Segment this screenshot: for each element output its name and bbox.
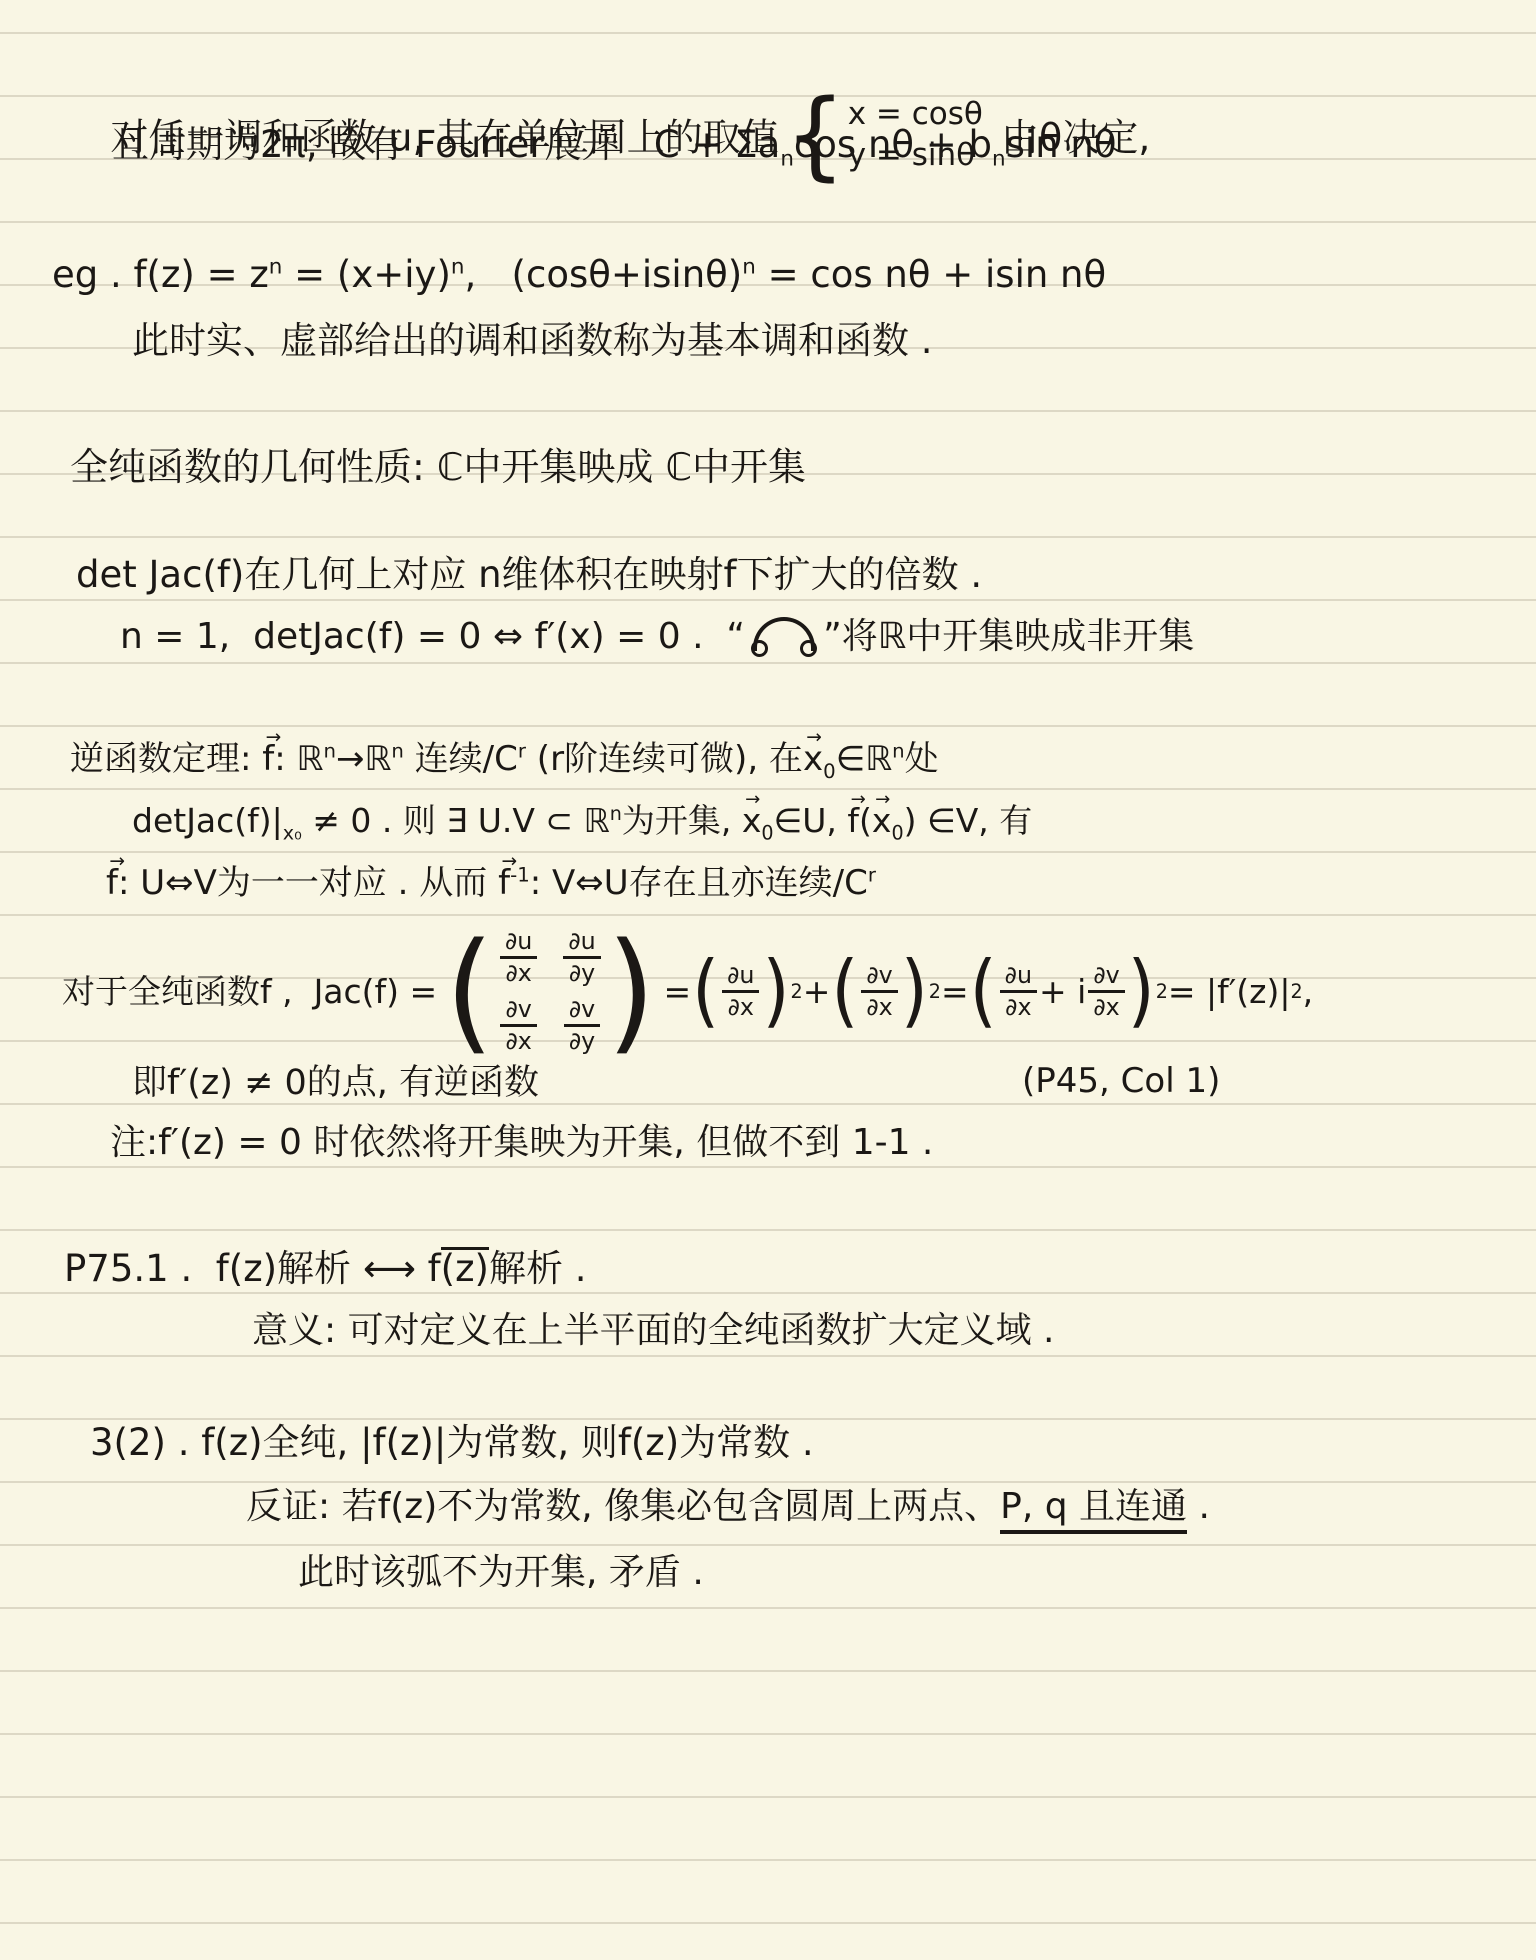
fraction: ∂v∂x — [1088, 962, 1124, 1022]
line-fourier-expansion: 且周期为2π, 故有 Fourier展开 C + Σancos nθ + bns… — [112, 122, 1117, 173]
subscript: 0 — [891, 822, 903, 845]
text-run: 对于全纯函数f , Jac(f) = — [62, 971, 437, 1012]
subscript: n — [780, 146, 794, 171]
text-run: (P45, Col 1) — [1022, 1061, 1220, 1101]
superscript: 2 — [1156, 980, 1168, 1004]
text-run: (r阶连续可微), 在 — [526, 739, 803, 779]
superscript: n — [391, 740, 404, 763]
underlined-text: P, q 且连通 — [1000, 1486, 1187, 1534]
text-run: : V⇔U存在且亦连续/C — [530, 863, 868, 903]
fraction: ∂u∂x — [1000, 962, 1037, 1022]
text-run: ) ∈V, 有 — [904, 801, 1033, 840]
text-run: 此时实、虚部给出的调和函数称为基本调和函数 . — [132, 319, 933, 362]
fraction: ∂v∂x — [500, 996, 536, 1056]
text-run: , — [1303, 971, 1314, 1012]
arch-curve-doodle — [753, 617, 815, 651]
text-run: 3(2) . f(z)全纯, |f(z)|为常数, 则f(z)为常数 . — [90, 1421, 814, 1464]
subscript: n — [992, 146, 1006, 171]
text-run: 处 — [905, 739, 939, 779]
text-run: eg . f(z) = z — [52, 253, 269, 296]
fraction: ∂v∂x — [861, 962, 897, 1022]
superscript: n — [269, 255, 283, 280]
vector-arrow-mark: → — [109, 850, 125, 873]
text-run: 注:f′(z) = 0 时依然将开集映为开集, 但做不到 1-1 . — [110, 1122, 933, 1163]
line-n-equals-1-counterexample: n = 1, detJac(f) = 0 ⇔ f′(x) = 0 . “”将ℝ中… — [120, 614, 1194, 659]
vector-symbol: f→ — [847, 800, 859, 841]
text-run: P75.1 . f(z)解析 ⟷ f — [64, 1247, 441, 1290]
matrix-left-paren: ( — [445, 936, 494, 1048]
superscript: n — [892, 740, 905, 763]
line-jacobian-computation: 对于全纯函数f , Jac(f) =(∂u∂x∂u∂y∂v∂x∂v∂y)=(∂u… — [62, 928, 1313, 1055]
superscript: r — [868, 864, 876, 887]
line-geometric-property-open-sets: 全纯函数的几何性质: ℂ中开集映成 ℂ中开集 — [70, 444, 806, 492]
text-run: det Jac(f)在几何上对应 n维体积在映射f下扩大的倍数 . — [76, 553, 982, 596]
vector-symbol: f→ — [498, 862, 510, 905]
vector-arrow-mark: → — [806, 726, 822, 749]
line-p75-1-analytic-conjugate: P75.1 . f(z)解析 ⟷ f(z)解析 . — [64, 1246, 586, 1292]
vector-arrow-mark: → — [266, 726, 282, 749]
line-inverse-function-theorem-2: detJac(f)|x₀ ≠ 0 . 则 ∃ U.V ⊂ ℝn为开集, x→0∈… — [132, 800, 1032, 846]
big-delimiter: ) — [762, 960, 789, 1024]
vector-symbol: x→ — [803, 738, 823, 781]
vector-arrow-mark: → — [851, 789, 866, 812]
text-run: 即f′(z) ≠ 0的点, 有逆函数 — [132, 1063, 539, 1103]
line-inverse-exists-where-fprime-nonzero: 即f′(z) ≠ 0的点, 有逆函数 — [132, 1062, 539, 1106]
big-delimiter: ( — [831, 960, 858, 1024]
text-run: = — [941, 971, 969, 1012]
matrix-grid: ∂u∂x∂u∂y∂v∂x∂v∂y — [498, 928, 603, 1055]
text-run: 且周期为2π, 故有 Fourier展开 C + Σa — [112, 123, 780, 166]
vector-arrow-mark: → — [875, 789, 890, 812]
overline-text: (z) — [441, 1247, 489, 1289]
big-delimiter: ) — [1128, 960, 1155, 1024]
text-run: n = 1, detJac(f) = 0 ⇔ f′(x) = 0 . “ — [120, 616, 745, 657]
jacobian-matrix: (∂u∂x∂u∂y∂v∂x∂v∂y) — [445, 928, 655, 1055]
big-delimiter: ( — [692, 960, 719, 1024]
text-run: : U⇔V为一一对应 . 从而 — [118, 863, 498, 903]
text-run: ∈U, — [774, 801, 848, 840]
text-run: 反证: 若f(z)不为常数, 像集必包含圆周上两点、 — [246, 1486, 1000, 1527]
text-run: sin nθ — [1006, 123, 1117, 166]
line-exercise-3-2-statement: 3(2) . f(z)全纯, |f(z)|为常数, 则f(z)为常数 . — [90, 1420, 814, 1466]
vector-symbol: x→ — [872, 800, 892, 841]
text-run: ”将ℝ中开集映成非开集 — [823, 616, 1194, 657]
superscript: n — [742, 255, 756, 280]
fraction: ∂u∂x — [500, 928, 537, 988]
line-exercise-3-2-proof-1: 反证: 若f(z)不为常数, 像集必包含圆周上两点、P, q 且连通 . — [246, 1484, 1210, 1529]
line-example-z-power-n: eg . f(z) = zn = (x+iy)n, (cosθ+isinθ)n … — [52, 252, 1106, 298]
superscript: 2 — [1290, 980, 1302, 1004]
vector-symbol: f→ — [262, 738, 274, 781]
superscript: n — [451, 255, 465, 280]
superscript: n — [323, 740, 336, 763]
text-run: = — [663, 971, 691, 1012]
text-run: 连续/C — [404, 739, 518, 779]
text-run: : ℝ — [274, 739, 323, 779]
text-run: cos nθ + b — [794, 123, 992, 166]
text-run: + i — [1039, 971, 1086, 1012]
text-run: 全纯函数的几何性质: ℂ中开集映成 ℂ中开集 — [70, 445, 806, 489]
line-note-fprime-zero: 注:f′(z) = 0 时依然将开集映为开集, 但做不到 1-1 . — [110, 1120, 933, 1165]
text-run: 解析 . — [489, 1247, 587, 1290]
subscript: 0 — [823, 760, 836, 783]
text-run: + — [803, 971, 831, 1012]
text-run: 意义: 可对定义在上半平面的全纯函数扩大定义域 . — [252, 1310, 1054, 1351]
line-p75-1-meaning: 意义: 可对定义在上半平面的全纯函数扩大定义域 . — [252, 1308, 1054, 1353]
line-exercise-3-2-proof-2: 此时该弧不为开集, 矛盾 . — [298, 1550, 704, 1595]
text-run: 为开集, — [622, 801, 742, 840]
text-run: = cos nθ + isin nθ — [756, 253, 1106, 296]
text-run: = |f′(z)| — [1168, 971, 1291, 1012]
fraction: ∂u∂y — [563, 928, 600, 988]
line-basic-harmonic-functions: 此时实、虚部给出的调和函数称为基本调和函数 . — [132, 318, 933, 364]
line-inverse-function-theorem-3: f→: U⇔V为一一对应 . 从而 f→-1: V⇔U存在且亦连续/Cr — [106, 862, 876, 905]
page-reference-p45: (P45, Col 1) — [1022, 1060, 1220, 1103]
vector-symbol: x→ — [742, 800, 762, 841]
text-run: . — [1187, 1486, 1210, 1527]
subscript: x₀ — [283, 822, 302, 845]
text-run: = (x+iy) — [282, 253, 450, 296]
fraction: ∂u∂x — [722, 962, 759, 1022]
superscript: n — [610, 802, 622, 825]
superscript: 2 — [791, 980, 803, 1004]
vector-arrow-mark: → — [745, 789, 760, 812]
text-run: ≠ 0 . 则 ∃ U.V ⊂ ℝ — [302, 801, 610, 840]
line-det-jacobian-meaning: det Jac(f)在几何上对应 n维体积在映射f下扩大的倍数 . — [76, 552, 982, 598]
notebook-page: 对任一调和函数 u, 其在单位圆上的取值{x = cosθy = sinθ 由θ… — [0, 0, 1536, 1960]
vector-arrow-mark: → — [501, 850, 517, 873]
fraction: ∂v∂y — [564, 996, 600, 1056]
matrix-right-paren: ) — [607, 936, 656, 1048]
text-run: 逆函数定理: — [70, 739, 262, 779]
text-run: detJac(f)| — [132, 801, 283, 840]
text-run: 此时该弧不为开集, 矛盾 . — [298, 1552, 704, 1593]
text-run: →ℝ — [336, 739, 391, 779]
superscript: r — [518, 740, 526, 763]
big-delimiter: ( — [970, 960, 997, 1024]
vector-symbol: f→ — [106, 862, 118, 905]
line-inverse-function-theorem-1: 逆函数定理: f→: ℝn→ℝn 连续/Cr (r阶连续可微), 在x→0∈ℝn… — [70, 738, 939, 784]
text-run: , (cosθ+isinθ) — [465, 253, 743, 296]
subscript: 0 — [761, 822, 773, 845]
text-run: ∈ℝ — [836, 739, 893, 779]
superscript: 2 — [929, 980, 941, 1004]
big-delimiter: ) — [901, 960, 928, 1024]
